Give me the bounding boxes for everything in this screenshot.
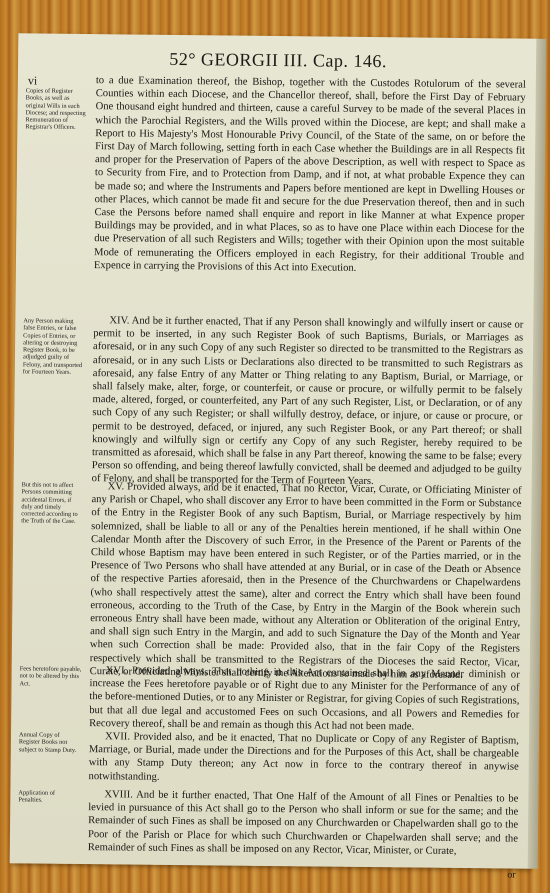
document-page: 52° GEORGII III. Cap. 146. vi Copies of … <box>10 33 539 868</box>
section-text: XVI. Provided always, That nothing in th… <box>89 664 520 735</box>
margin-note: Copies of Register Books, as well as ori… <box>25 87 87 131</box>
paragraph: XVII. Provided also, and be it enacted, … <box>89 730 520 787</box>
paragraph: XVIII. And be it further enacted, That O… <box>88 788 519 859</box>
page-header: 52° GEORGII III. Cap. 146. <box>18 47 538 73</box>
catchword: or <box>507 869 515 880</box>
paragraph: XV. Provided always, and be it enacted, … <box>90 480 522 683</box>
margin-note: Annual Copy of Register Books not subjec… <box>19 731 81 754</box>
section-text: to a due Examination thereof, the Bishop… <box>94 74 526 277</box>
section-continuation: Copies of Register Books, as well as ori… <box>18 73 538 78</box>
margin-note: Application of Penalties. <box>18 789 80 804</box>
section-xviii: Application of Penalties. XVIII. And be … <box>10 787 530 792</box>
margin-note: Fees heretofore payable, not to be alter… <box>20 665 82 688</box>
margin-note: Any Person making false Entries, or fals… <box>23 317 86 376</box>
paragraph: XVI. Provided always, That nothing in th… <box>89 664 520 735</box>
section-text: XIV. And be it further enacted, That if … <box>92 314 524 490</box>
section-xiv: Any Person making false Entries, or fals… <box>15 313 535 318</box>
page-edge <box>528 39 547 869</box>
margin-note: But this not to affect Persons committin… <box>21 481 83 525</box>
section-text: XV. Provided always, and be it enacted, … <box>90 480 522 683</box>
section-text: XVII. Provided also, and be it enacted, … <box>89 730 520 787</box>
paragraph: to a due Examination thereof, the Bishop… <box>94 74 526 277</box>
paragraph: XIV. And be it further enacted, That if … <box>92 314 524 490</box>
section-text: XVIII. And be it further enacted, That O… <box>88 788 519 859</box>
folio-number: vi <box>28 73 38 88</box>
